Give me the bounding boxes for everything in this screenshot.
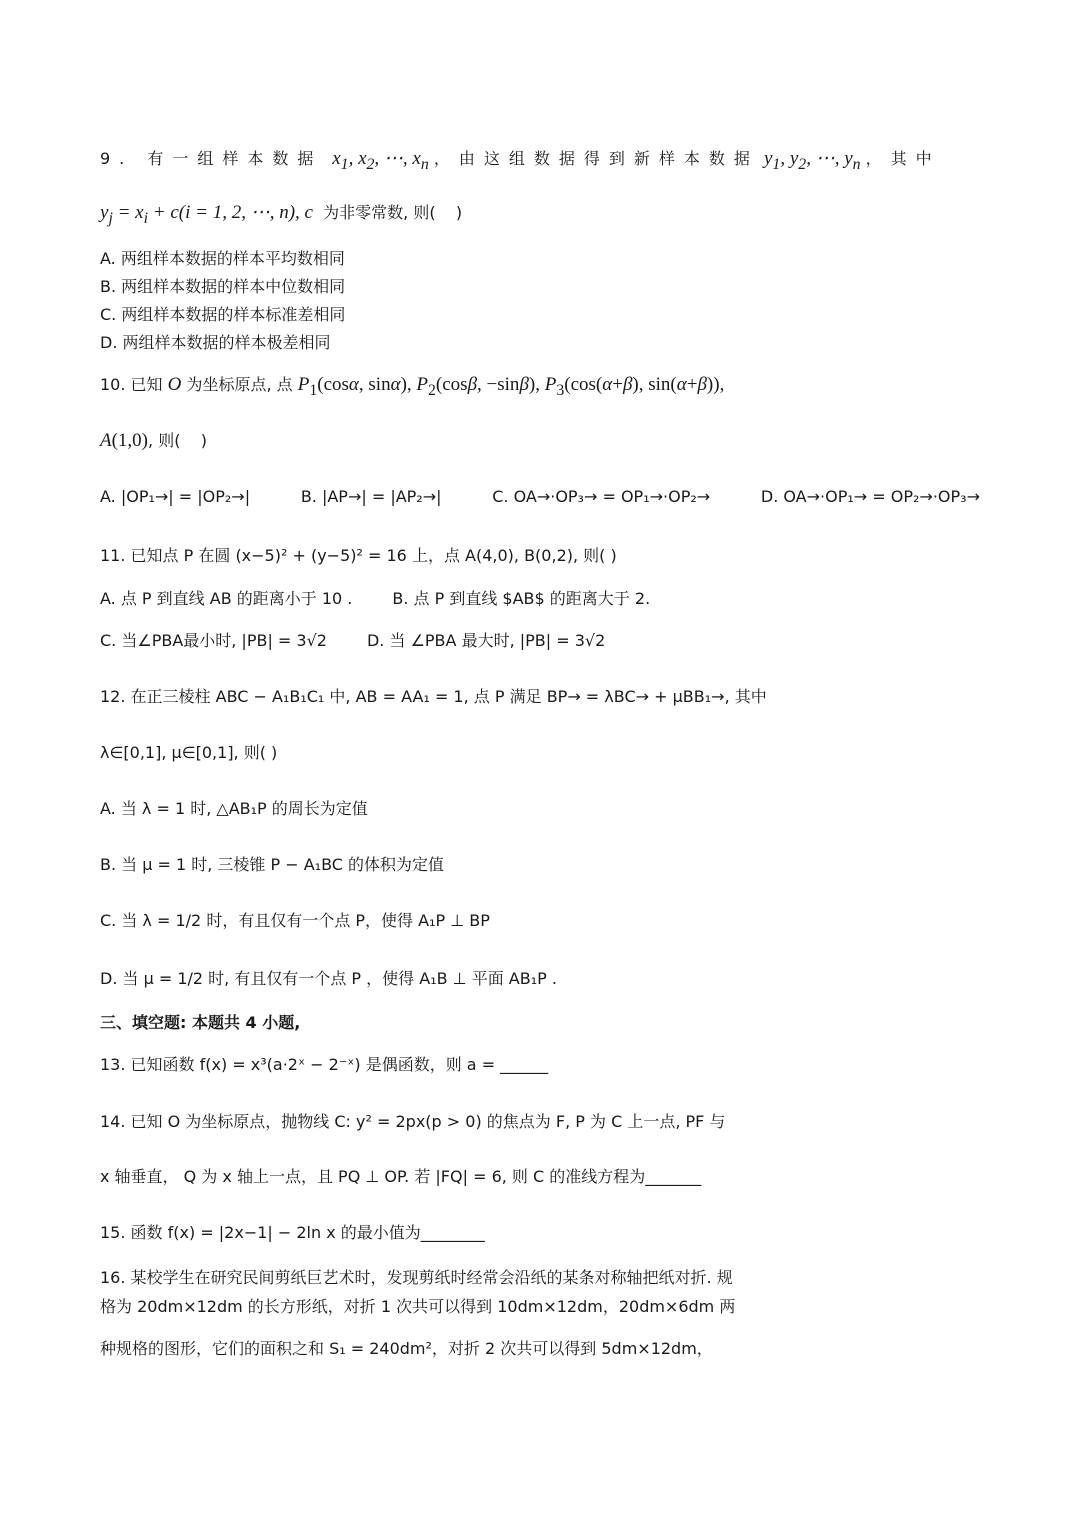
question-16-line-1: 16. 某校学生在研究民间剪纸巨艺术时，发现剪纸时经常会沿纸的某条对称轴把纸对折…	[100, 1267, 733, 1289]
q11-options-row-1: A. 点 P 到直线 AB 的距离小于 10 . B. 点 P 到直线 $AB$…	[100, 588, 780, 610]
q10-a-point: A(1,0)	[100, 430, 148, 451]
question-10-line-1: 10. 已知 O 为坐标原点, 点 P1(cosα, sinα), P2(cos…	[100, 374, 724, 402]
q10-option-b: B. |AP→| = |AP₂→|	[301, 486, 442, 508]
q9-math-rel: yj = xi + c(i = 1, 2, ⋯, n), c	[100, 202, 313, 223]
q10-option-c: C. OA→·OP₃→ = OP₁→·OP₂→	[492, 486, 710, 508]
question-14-line-1: 14. 已知 O 为坐标原点，抛物线 C: y² = 2px(p > 0) 的焦…	[100, 1111, 725, 1133]
question-12-line-1: 12. 在正三棱柱 ABC − A₁B₁C₁ 中, AB = AA₁ = 1, …	[100, 686, 767, 708]
q12-option-b: B. 当 μ = 1 时, 三棱锥 P − A₁BC 的体积为定值	[100, 854, 444, 876]
section-heading-fill-in: 三、填空题: 本题共 4 小题,	[100, 1012, 300, 1034]
q9-text-b: ，由这组数据得到新样本数据	[434, 149, 759, 168]
q10-option-a: A. |OP₁→| = |OP₂→|	[100, 486, 250, 508]
q10-option-d: D. OA→·OP₁→ = OP₂→·OP₃→	[761, 486, 980, 508]
q9-option-c: C. 两组样本数据的样本标准差相同	[100, 304, 345, 326]
q9-option-a: A. 两组样本数据的样本平均数相同	[100, 248, 345, 270]
q11-options-row-2: C. 当∠PBA最小时, |PB| = 3√2 D. 当 ∠PBA 最大时, |…	[100, 630, 780, 652]
q9-option-b: B. 两组样本数据的样本中位数相同	[100, 276, 345, 298]
q10-points: P1(cosα, sinα), P2(cosβ, −sinβ), P3(cos(…	[298, 374, 725, 395]
q12-option-d: D. 当 μ = 1/2 时, 有且仅有一个点 P ，使得 A₁B ⊥ 平面 A…	[100, 968, 557, 990]
q10-text-c: , 则( )	[148, 431, 207, 450]
q10-o: O	[168, 374, 182, 395]
question-10-line-2: A(1,0), 则( )	[100, 430, 207, 452]
question-9-line-2: yj = xi + c(i = 1, 2, ⋯, n), c 为非零常数, 则(…	[100, 202, 462, 230]
q11-option-d: D. 当 ∠PBA 最大时, |PB| = 3√2	[367, 630, 605, 652]
question-16-line-2: 格为 20dm×12dm 的长方形纸，对折 1 次共可以得到 10dm×12dm…	[100, 1296, 735, 1318]
question-15: 15. 函数 f(x) = |2x−1| − 2ln x 的最小值为______…	[100, 1222, 485, 1244]
q12-option-a: A. 当 λ = 1 时, △AB₁P 的周长为定值	[100, 798, 368, 820]
question-12-line-2: λ∈[0,1], μ∈[0,1], 则( )	[100, 742, 277, 764]
q9-text-c: ，其中	[866, 149, 941, 168]
q11-option-c: C. 当∠PBA最小时, |PB| = 3√2	[100, 630, 327, 652]
q11-option-b: B. 点 P 到直线 $AB$ 的距离大于 2.	[392, 588, 650, 610]
question-16-line-3: 种规格的图形，它们的面积之和 S₁ = 240dm²，对折 2 次共可以得到 5…	[100, 1338, 713, 1360]
question-11-line-1: 11. 已知点 P 在圆 (x−5)² + (y−5)² = 16 上，点 A(…	[100, 545, 617, 567]
q10-options-row: A. |OP₁→| = |OP₂→| B. |AP→| = |AP₂→| C. …	[100, 486, 980, 508]
question-14-line-2: x 轴垂直， Q 为 x 轴上一点，且 PQ ⊥ OP. 若 |FQ| = 6,…	[100, 1166, 701, 1188]
question-13: 13. 已知函数 f(x) = x³(a·2ˣ − 2⁻ˣ) 是偶函数，则 a …	[100, 1054, 548, 1076]
q10-text-a: 10. 已知	[100, 375, 168, 394]
q9-option-d: D. 两组样本数据的样本极差相同	[100, 332, 331, 354]
q9-math-y: y1, y2, ⋯, yn	[764, 148, 861, 169]
q9-text-d: 为非零常数, 则( )	[318, 203, 462, 222]
q10-text-b: 为坐标原点, 点	[186, 375, 297, 394]
q9-math-x: x1, x2, ⋯, xn	[327, 148, 428, 169]
question-9-line-1: 9. 有一组样本数据 x1, x2, ⋯, xn ，由这组数据得到新样本数据 y…	[100, 148, 941, 176]
q9-text-a: 9. 有一组样本数据	[100, 149, 322, 168]
q12-option-c: C. 当 λ = 1/2 时，有且仅有一个点 P，使得 A₁P ⊥ BP	[100, 910, 490, 932]
q11-option-a: A. 点 P 到直线 AB 的距离小于 10 .	[100, 588, 352, 610]
